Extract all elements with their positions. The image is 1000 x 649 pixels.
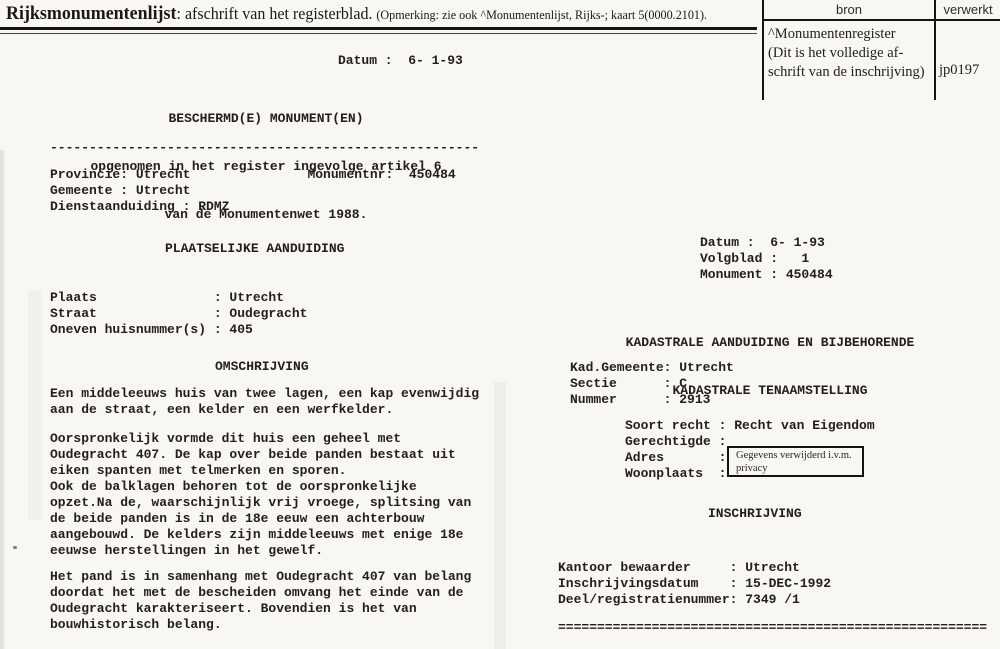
register-page: Rijksmonumentenlijst: afschrift van het … xyxy=(0,0,1000,649)
document-title-subtitle: : afschrift van het registerblad. xyxy=(176,4,372,23)
stamp-col-verwerkt-label: verwerkt xyxy=(936,2,1000,17)
scan-edge-shadow xyxy=(0,150,4,649)
section-divider-dashes: ----------------------------------------… xyxy=(50,140,479,156)
stamp-processed-code: jp0197 xyxy=(939,61,979,80)
stamp-source-text: ^Monumentenregister (Dit is het volledig… xyxy=(768,25,925,82)
kadaster-heading-line1: KADASTRALE AANDUIDING EN BIJBEHORENDE xyxy=(540,335,1000,351)
stamp-col-bron-label: bron xyxy=(764,2,934,17)
description-paragraph-2: Oorspronkelijk vormde dit huis een gehee… xyxy=(50,431,471,559)
document-title-main: Rijksmonumentenlijst xyxy=(6,4,176,24)
protected-monument-heading-line1: BESCHERMD(E) MONUMENT(EN) xyxy=(50,111,482,127)
inschrijving-heading: INSCHRIJVING xyxy=(708,506,802,522)
privacy-redaction-box: Gegevens verwijderd i.v.m. privacy xyxy=(727,446,864,477)
province-block: Provincie: Utrecht Monumentnr: 450484 Ge… xyxy=(50,167,456,215)
scan-streak-left xyxy=(28,290,42,520)
description-paragraph-1: Een middeleeuws huis van twee lagen, een… xyxy=(50,386,479,418)
local-designation-heading: PLAATSELIJKE AANDUIDING xyxy=(165,241,344,257)
description-heading: OMSCHRIJVING xyxy=(215,359,309,375)
scan-speck xyxy=(13,546,17,549)
title-underline-thick xyxy=(0,27,757,30)
description-paragraph-3: Het pand is in samenhang met Oudegracht … xyxy=(50,569,471,633)
datum-line: Datum : 6- 1-93 xyxy=(338,53,463,69)
title-underline-thin xyxy=(0,33,757,34)
document-title: Rijksmonumentenlijst: afschrift van het … xyxy=(6,4,707,25)
address-block: Plaats : Utrecht Straat : Oudegracht One… xyxy=(50,290,307,338)
kad-parcel-block: Kad.Gemeente: Utrecht Sectie : C Nummer … xyxy=(570,360,734,408)
bottom-divider-dashes: ========================================… xyxy=(558,620,987,636)
page-meta-block: Datum : 6- 1-93 Volgblad : 1 Monument : … xyxy=(700,235,833,283)
document-title-note: (Opmerking: zie ook ^Monumentenlijst, Ri… xyxy=(376,8,707,22)
scan-streak-center xyxy=(494,382,506,649)
registration-block: Kantoor bewaarder : Utrecht Inschrijving… xyxy=(558,560,831,608)
stamp-table-header-rule xyxy=(762,19,1000,21)
